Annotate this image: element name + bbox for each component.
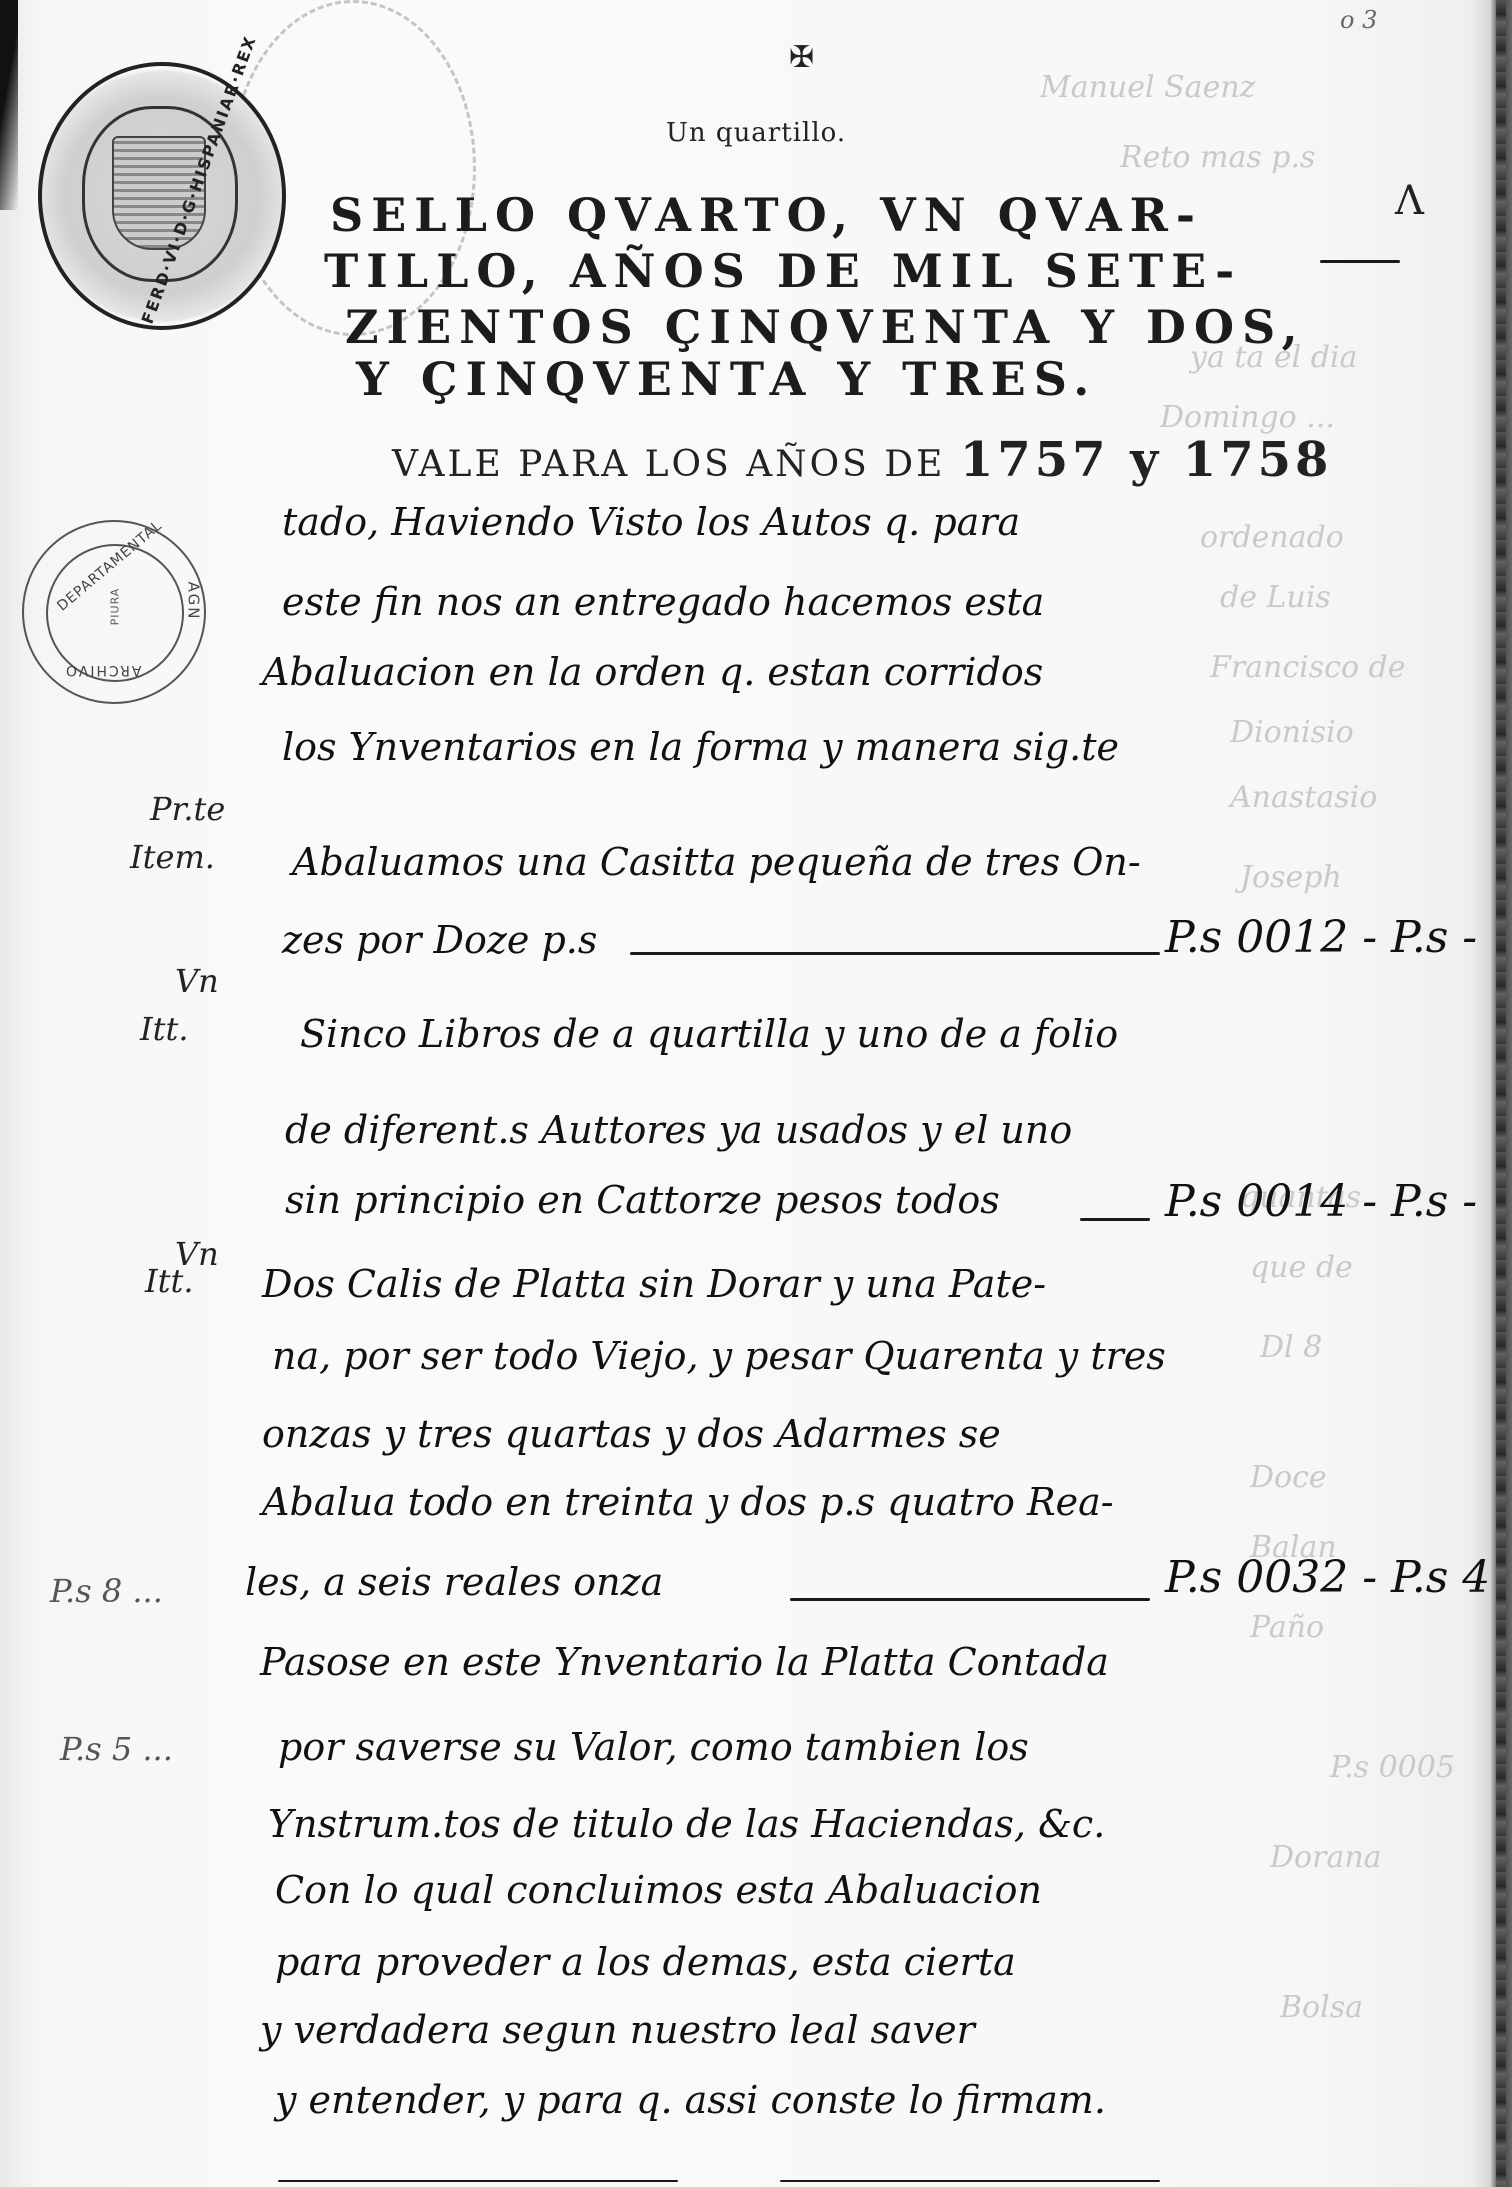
item-line: Abaluamos una Casitta pequeña de tres On… [292, 840, 1141, 884]
validity-prefix: VALE PARA LOS AÑOS DE [392, 444, 945, 485]
page-binding-edge [1496, 0, 1506, 2187]
margin-figure: P.s 8 ... [50, 1572, 163, 1610]
closing-line: Pasose en este Ynventario la Platta Cont… [260, 1640, 1109, 1684]
validity-years: 1757 y 1758 [960, 432, 1333, 488]
item-margin-label: Pr.te [150, 790, 225, 828]
stamp-header-line: SELLO QVARTO, VN QVAR- [330, 188, 1203, 242]
item-line: Abalua todo en treinta y dos p.s quatro … [262, 1480, 1114, 1524]
stamp-header-line: TILLO, AÑOS DE MIL SETE- [324, 244, 1242, 298]
archive-stamp-side-text: AGN [184, 582, 202, 621]
item-line: Dos Calis de Platta sin Dorar y una Pate… [262, 1262, 1046, 1306]
margin-arrow-mark: Λ [1395, 178, 1424, 224]
page-edge-shadow [0, 0, 18, 210]
bleed-text: Paño [1250, 1610, 1324, 1645]
bleed-text: ordenado [1200, 520, 1344, 555]
bleed-text: Domingo ... [1160, 400, 1335, 435]
item-line: zes por Doze p.s [282, 918, 597, 962]
arrow-line [1320, 260, 1400, 263]
royal-seal-stamp: FERD·VI·D·G·HISPANIAR·REX [38, 62, 286, 330]
closing-line: por saverse su Valor, como tambien los [278, 1725, 1029, 1769]
bleed-text: Manuel Saenz [1040, 70, 1255, 105]
item-amount: P.s 0012 - P.s - [1165, 912, 1477, 963]
archive-stamp-city-text: PIURA [108, 588, 121, 626]
bleed-text: Dorana [1270, 1840, 1382, 1875]
bleed-text: Reto mas p.s [1120, 140, 1315, 175]
item-rule-line [630, 952, 1160, 955]
item-line: les, a seis reales onza [245, 1560, 663, 1604]
item-amount: P.s 0032 - P.s 4 [1165, 1552, 1490, 1603]
bleed-text: que de [1250, 1250, 1353, 1285]
signature-rule [780, 2180, 1160, 2182]
item-margin-label: Itt. [145, 1262, 194, 1300]
bleed-text: Doce [1250, 1460, 1327, 1495]
stamp-validity-line: VALE PARA LOS AÑOS DE 1757 y 1758 [392, 432, 1332, 488]
body-line: Abaluacion en la orden q. estan corridos [262, 650, 1043, 694]
bleed-text: de Luis [1220, 580, 1331, 615]
archive-stamp-bottom-text: ARCHIVO [64, 662, 141, 678]
item-line: de diferent.s Auttores ya usados y el un… [285, 1108, 1072, 1152]
bleed-text: P.s 0005 [1330, 1750, 1455, 1785]
stamp-header-line: ZIENTOS ÇINQVENTA Y DOS, [345, 300, 1306, 354]
bleed-text: Anastasio [1230, 780, 1377, 815]
item-line: sin principio en Cattorze pesos todos [285, 1178, 1000, 1222]
folio-mark: o 3 [1340, 6, 1377, 34]
bleed-text: Francisco de [1210, 650, 1406, 685]
bleed-text: Bolsa [1280, 1990, 1363, 2025]
margin-figure: P.s 5 ... [60, 1730, 173, 1768]
item-amount: P.s 0014 - P.s - [1165, 1176, 1477, 1227]
item-margin-label: Vn [175, 962, 219, 1000]
closing-line: y entender, y para q. assi conste lo fir… [275, 2078, 1106, 2122]
archive-stamp: DEPARTAMENTAL AGN PIURA ARCHIVO [22, 520, 206, 704]
body-line: tado, Haviendo Visto los Autos q. para [282, 500, 1020, 544]
stamp-denomination: Un quartillo. [666, 118, 846, 148]
item-line: onzas y tres quartas y dos Adarmes se [262, 1412, 1001, 1456]
closing-line: Con lo qual concluimos esta Abaluacion [275, 1868, 1042, 1912]
closing-line: y verdadera segun nuestro leal saver [260, 2008, 975, 2052]
item-line: na, por ser todo Viejo, y pesar Quarenta… [272, 1334, 1166, 1378]
stamp-header-line: Y ÇINQVENTA Y TRES. [356, 352, 1097, 406]
cross-icon: ✠ [789, 40, 814, 75]
item-margin-label: Itt. [140, 1010, 189, 1048]
bleed-text: Dionisio [1230, 715, 1354, 750]
item-line: Sinco Libros de a quartilla y uno de a f… [300, 1012, 1118, 1056]
body-line: los Ynventarios en la forma y manera sig… [282, 725, 1119, 769]
manuscript-page: o 3 Manuel Saenz Reto mas p.s ya ta el d… [0, 0, 1512, 2187]
bleed-text: Joseph [1240, 860, 1342, 895]
item-rule-line [1080, 1218, 1150, 1221]
item-margin-label: Item. [130, 838, 215, 876]
closing-line: Ynstrum.tos de titulo de las Haciendas, … [268, 1802, 1105, 1846]
body-line: este fin nos an entregado hacemos esta [282, 580, 1044, 624]
bleed-text: Dl 8 [1260, 1330, 1322, 1365]
item-rule-line [790, 1598, 1150, 1601]
closing-line: para proveder a los demas, esta cierta [275, 1940, 1016, 1984]
signature-rule [278, 2180, 678, 2182]
